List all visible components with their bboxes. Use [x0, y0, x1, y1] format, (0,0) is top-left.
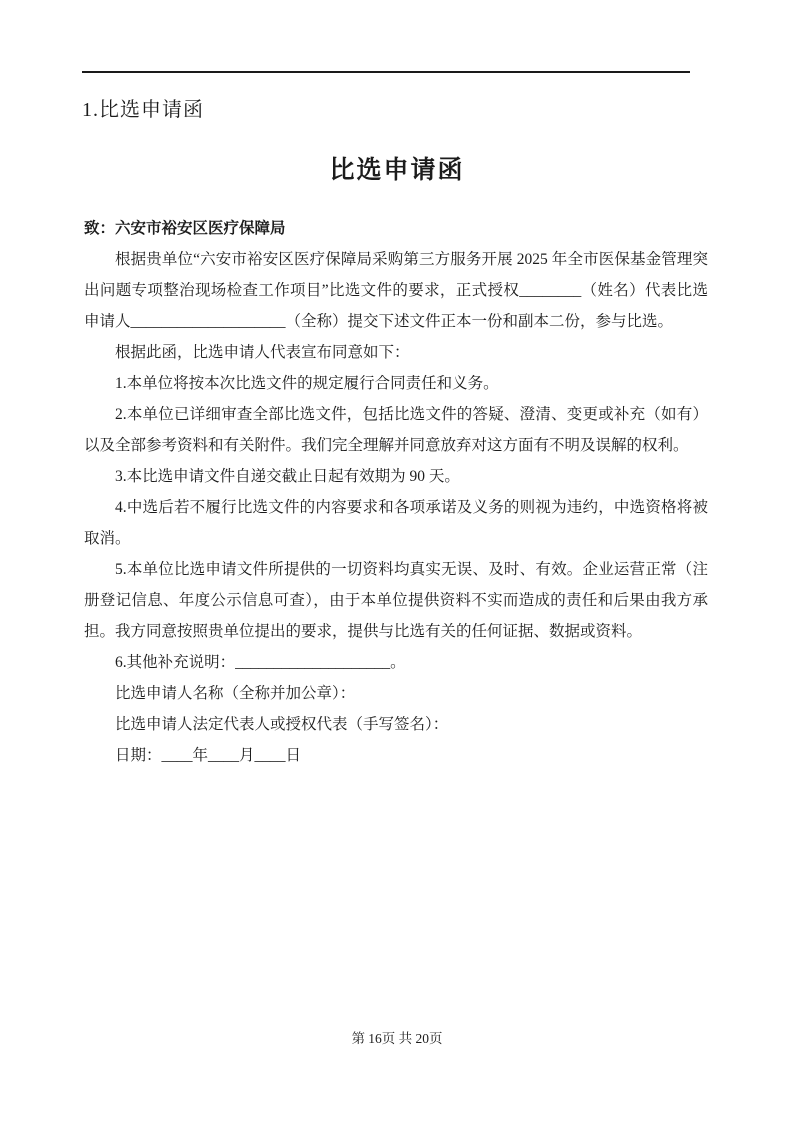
paragraph-authorization: 根据贵单位“六安市裕安区医疗保障局采购第三方服务开展 2025 年全市医保基金管… — [84, 244, 708, 337]
header-rule — [82, 71, 690, 73]
clause-5: 5.本单位比选申请文件所提供的一切资料均真实无误、及时、有效。企业运营正常（注册… — [84, 554, 708, 647]
page-number-footer: 第 16页 共 20页 — [0, 1027, 794, 1047]
paragraph-agreement-intro: 根据此函，比选申请人代表宣布同意如下： — [84, 337, 708, 368]
outline-heading: 1.比选申请函 — [82, 93, 204, 122]
salutation: 致：六安市裕安区医疗保障局 — [84, 213, 708, 244]
clause-4: 4.中选后若不履行比选文件的内容要求和各项承诺及义务的则视为违约，中选资格将被取… — [84, 492, 708, 554]
clause-3: 3.本比选申请文件自递交截止日起有效期为 90 天。 — [84, 461, 708, 492]
document-page: 1.比选申请函 比选申请函 致：六安市裕安区医疗保障局 根据贵单位“六安市裕安区… — [0, 0, 794, 1122]
clause-6-supplementary-note: 6.其他补充说明：____________________。 — [84, 647, 708, 678]
document-title: 比选申请函 — [0, 150, 794, 186]
clause-1: 1.本单位将按本次比选文件的规定履行合同责任和义务。 — [84, 368, 708, 399]
date-line: 日期：____年____月____日 — [84, 740, 708, 771]
clause-2: 2.本单位已详细审查全部比选文件，包括比选文件的答疑、澄清、变更或补充（如有）以… — [84, 399, 708, 461]
signature-applicant-name-line: 比选申请人名称（全称并加公章）： — [84, 678, 708, 709]
signature-representative-line: 比选申请人法定代表人或授权代表（手写签名）： — [84, 709, 708, 740]
document-body: 致：六安市裕安区医疗保障局 根据贵单位“六安市裕安区医疗保障局采购第三方服务开展… — [84, 213, 708, 771]
